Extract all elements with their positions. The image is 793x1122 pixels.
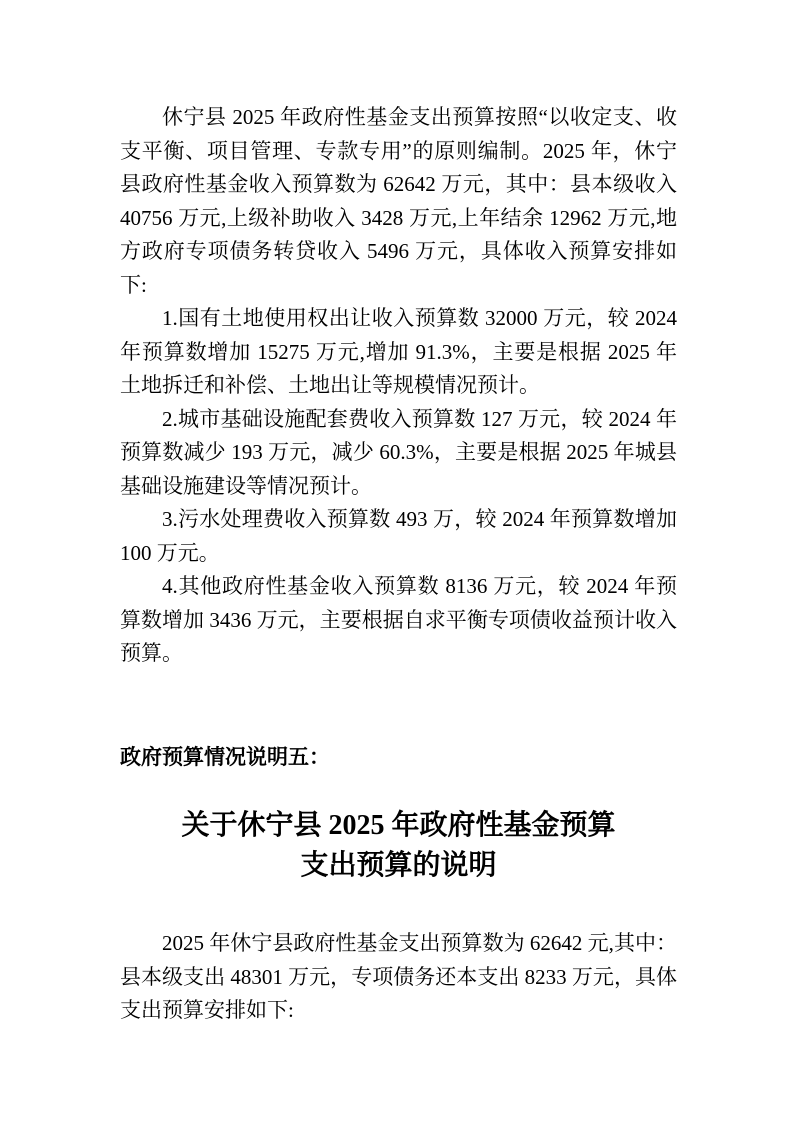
- intro-paragraph: 休宁县 2025 年政府性基金支出预算按照“以收定支、收支平衡、项目管理、专款专…: [120, 101, 677, 302]
- income-item-4: 4.其他政府性基金收入预算数 8136 万元，较 2024 年预算数增加 343…: [120, 570, 677, 671]
- income-item-2: 2.城市基础设施配套费收入预算数 127 万元，较 2024 年预算数减少 19…: [120, 403, 677, 504]
- income-item-3: 3.污水处理费收入预算数 493 万，较 2024 年预算数增加 100 万元。: [120, 503, 677, 570]
- section-label: 政府预算情况说明五：: [120, 741, 677, 775]
- document-page: 休宁县 2025 年政府性基金支出预算按照“以收定支、收支平衡、项目管理、专款专…: [0, 0, 793, 1122]
- title-line-2: 支出预算的说明: [120, 846, 677, 886]
- document-title: 关于休宁县 2025 年政府性基金预算 支出预算的说明: [120, 806, 677, 886]
- income-item-1: 1.国有土地使用权出让收入预算数 32000 万元，较 2024 年预算数增加 …: [120, 302, 677, 403]
- title-line-1: 关于休宁县 2025 年政府性基金预算: [120, 806, 677, 846]
- closing-paragraph: 2025 年休宁县政府性基金支出预算数为 62642 元,其中：县本级支出 48…: [120, 927, 677, 1028]
